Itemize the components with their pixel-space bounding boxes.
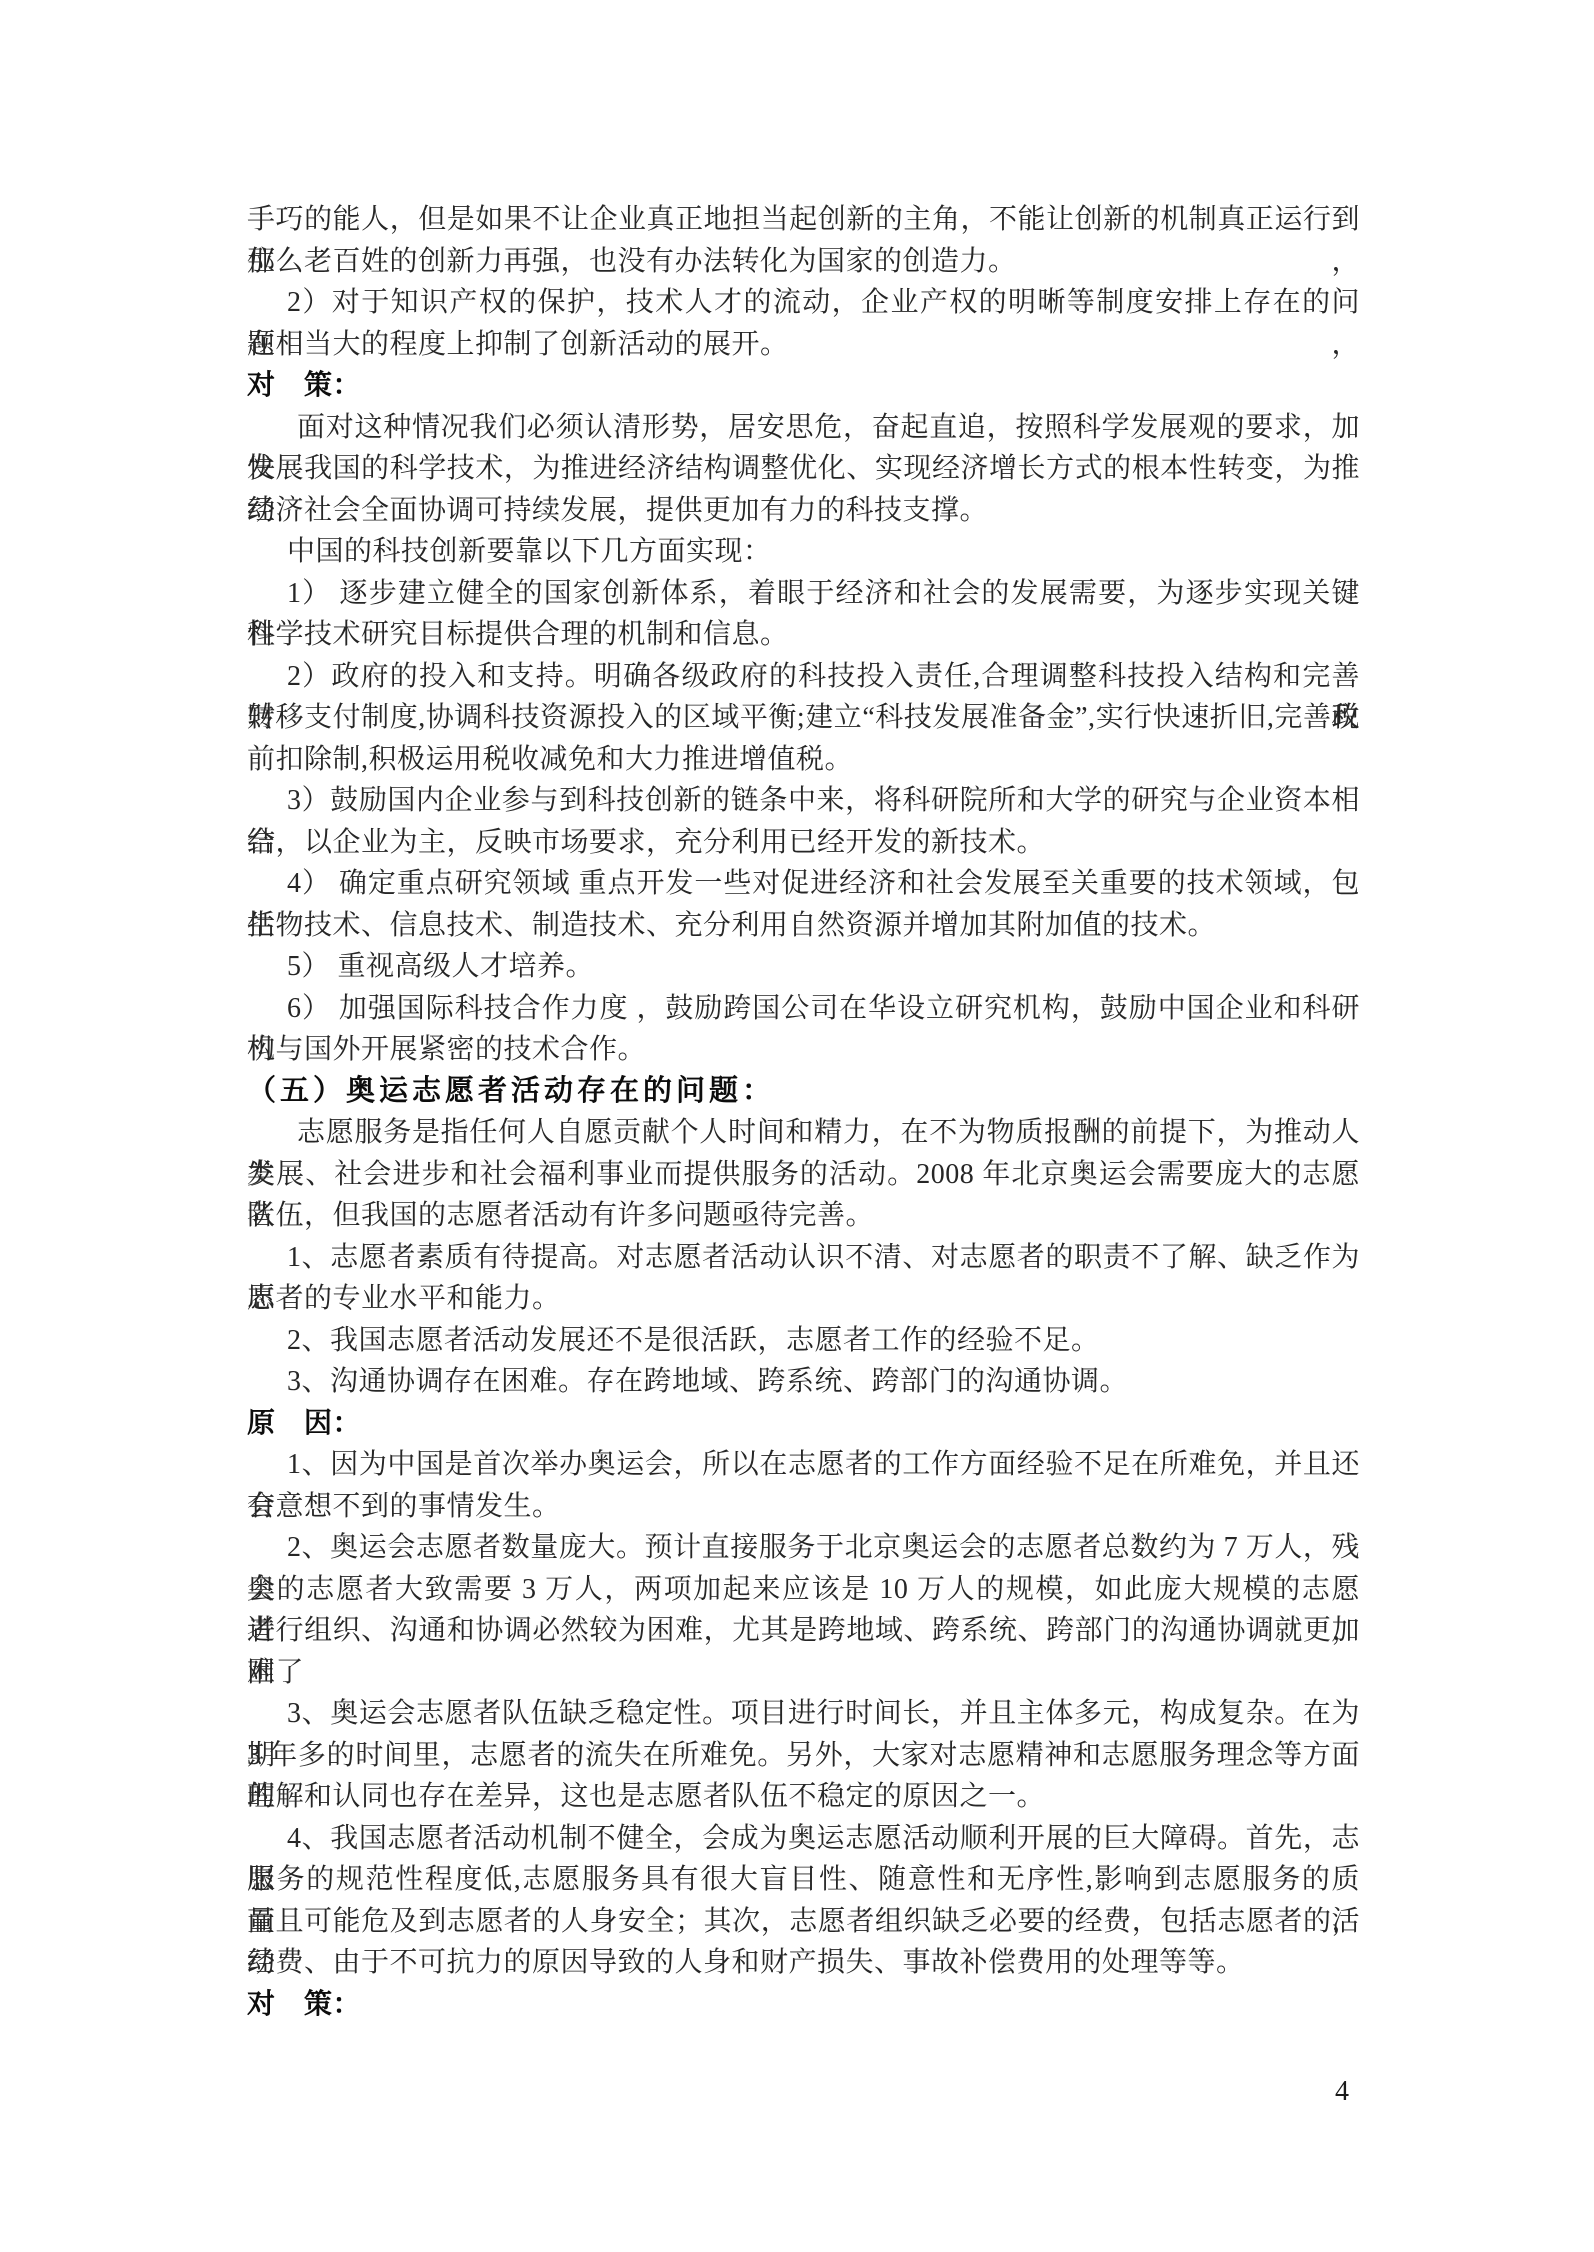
text-line: 科学技术研究目标提供合理的机制和信息。 xyxy=(247,614,1360,656)
heading-section-five: （五）奥运志愿者活动存在的问题： xyxy=(247,1071,1360,1113)
text-line: 3、沟通协调存在困难。存在跨地域、跨系统、跨部门的沟通协调。 xyxy=(247,1361,1360,1403)
text-line: 发展我国的科学技术，为推进经济结构调整优化、实现经济增长方式的根本性转变，为推动 xyxy=(247,448,1360,490)
text-line: 发展、社会进步和社会福利事业而提供服务的活动。2008 年北京奥运会需要庞大的志… xyxy=(247,1154,1360,1196)
text-line: 而且可能危及到志愿者的人身安全；其次，志愿者组织缺乏必要的经费，包括志愿者的活动 xyxy=(247,1901,1360,1943)
text-block: 手巧的能人，但是如果不让企业真正地担当起创新的主角，不能让创新的机制真正运行到位… xyxy=(247,199,1360,2025)
text-line: 构与国外开展紧密的技术合作。 xyxy=(247,1029,1360,1071)
text-line: 2、奥运会志愿者数量庞大。预计直接服务于北京奥运会的志愿者总数约为 7 万人，残… xyxy=(247,1527,1360,1569)
text-line: 3）鼓励国内企业参与到科技创新的链条中来，将科研院所和大学的研究与企业资本相结 xyxy=(247,780,1360,822)
text-line: 手巧的能人，但是如果不让企业真正地担当起创新的主角，不能让创新的机制真正运行到位… xyxy=(247,199,1360,241)
text-line: 有意想不到的事情发生。 xyxy=(247,1486,1360,1528)
text-line: 难了 xyxy=(247,1652,1360,1694)
text-line: 4、我国志愿者活动机制不健全，会成为奥运志愿活动顺利开展的巨大障碍。首先，志愿 xyxy=(247,1818,1360,1860)
text-line: 前扣除制,积极运用税收减免和大力推进增值税。 xyxy=(247,739,1360,781)
text-line: 3 年多的时间里，志愿者的流失在所难免。另外，大家对志愿精神和志愿服务理念等方面… xyxy=(247,1735,1360,1777)
heading-countermeasures-1: 对 策： xyxy=(247,365,1360,407)
text-line: 服务的规范性程度低,志愿服务具有很大盲目性、随意性和无序性,影响到志愿服务的质量… xyxy=(247,1859,1360,1901)
text-line: 愿者的专业水平和能力。 xyxy=(247,1278,1360,1320)
text-line: 2）对于知识产权的保护，技术人才的流动，企业产权的明晰等制度安排上存在的问题， xyxy=(247,282,1360,324)
text-line: 经济社会全面协调可持续发展，提供更加有力的科技支撑。 xyxy=(247,490,1360,532)
text-line: 志愿服务是指任何人自愿贡献个人时间和精力，在不为物质报酬的前提下，为推动人类 xyxy=(247,1112,1360,1154)
text-line: 6） 加强国际科技合作力度 ，鼓励跨国公司在华设立研究机构，鼓励中国企业和科研机 xyxy=(247,988,1360,1030)
text-line: 2）政府的投入和支持。明确各级政府的科技投入责任,合理调整科技投入结构和完善财政 xyxy=(247,656,1360,698)
page-number: 4 xyxy=(1322,2072,1362,2112)
text-line: 转移支付制度,协调科技资源投入的区域平衡;建立“科技发展准备金”,实行快速折旧,… xyxy=(247,697,1360,739)
text-line: 面对这种情况我们必须认清形势，居安思危，奋起直追，按照科学发展观的要求，加快 xyxy=(247,407,1360,449)
text-line: 队伍，但我国的志愿者活动有许多问题亟待完善。 xyxy=(247,1195,1360,1237)
text-line: 合，以企业为主，反映市场要求，充分利用已经开发的新技术。 xyxy=(247,822,1360,864)
text-line: 5） 重视高级人才培养。 xyxy=(247,946,1360,988)
text-line: 4） 确定重点研究领域 重点开发一些对促进经济和社会发展至关重要的技术领域，包括 xyxy=(247,863,1360,905)
text-line: 中国的科技创新要靠以下几方面实现： xyxy=(247,531,1360,573)
text-line: 理解和认同也存在差异，这也是志愿者队伍不稳定的原因之一。 xyxy=(247,1776,1360,1818)
text-line: 1） 逐步建立健全的国家创新体系，着眼于经济和社会的发展需要，为逐步实现关键性 xyxy=(247,573,1360,615)
text-line: 2、我国志愿者活动发展还不是很活跃，志愿者工作的经验不足。 xyxy=(247,1320,1360,1362)
heading-countermeasures-2: 对 策： xyxy=(247,1984,1360,2026)
text-line: 会的志愿者大致需要 3 万人，两项加起来应该是 10 万人的规模，如此庞大规模的… xyxy=(247,1569,1360,1611)
text-line: 经费、由于不可抗力的原因导致的人身和财产损失、事故补偿费用的处理等等。 xyxy=(247,1942,1360,1984)
text-line: 进行组织、沟通和协调必然较为困难，尤其是跨地域、跨系统、跨部门的沟通协调就更加困 xyxy=(247,1610,1360,1652)
document-page: 手巧的能人，但是如果不让企业真正地担当起创新的主角，不能让创新的机制真正运行到位… xyxy=(0,0,1594,2252)
text-line: 1、志愿者素质有待提高。对志愿者活动认识不清、对志愿者的职责不了解、缺乏作为志 xyxy=(247,1237,1360,1279)
text-line: 1、因为中国是首次举办奥运会，所以在志愿者的工作方面经验不足在所难免，并且还会 xyxy=(247,1444,1360,1486)
heading-causes: 原 因： xyxy=(247,1403,1360,1445)
text-line: 3、奥运会志愿者队伍缺乏稳定性。项目进行时间长，并且主体多元，构成复杂。在为期 xyxy=(247,1693,1360,1735)
text-line: 生物技术、信息技术、制造技术、充分利用自然资源并增加其附加值的技术。 xyxy=(247,905,1360,947)
